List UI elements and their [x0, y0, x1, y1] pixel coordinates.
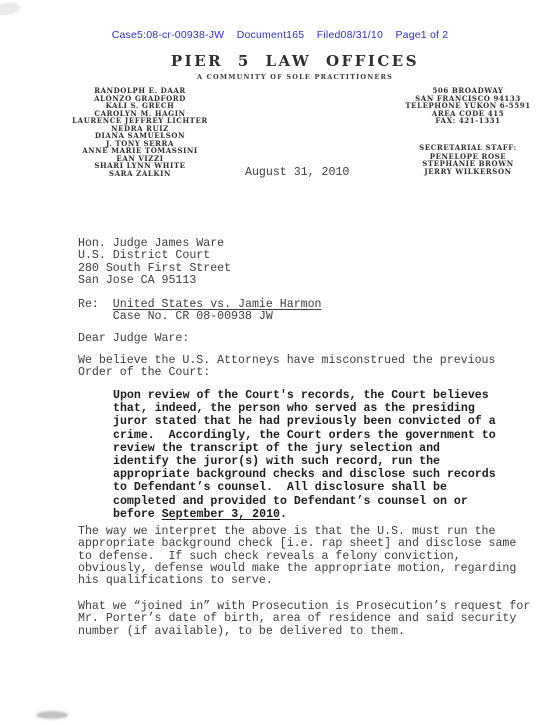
re-case-name: United States vs. Jamie Harmon	[113, 298, 322, 311]
paragraph-2: The way we interpret the above is that t…	[78, 526, 516, 587]
scan-smudge	[0, 1, 21, 16]
court-order-quote: Upon review of the Court's records, the …	[113, 389, 496, 521]
secretarial-staff: SECRETARIAL STAFF: PENELOPE ROSE STEPHAN…	[388, 144, 548, 175]
letter-page: Case5:08-cr-00938-JW Document165 Filed08…	[0, 0, 560, 725]
re-case-number: Case No. CR 08-00938 JW	[78, 310, 273, 323]
recipient-address: Hon. Judge James Ware U.S. District Cour…	[78, 238, 231, 287]
re-line: Re: United States vs. Jamie Harmon Case …	[78, 299, 322, 324]
paragraph-1: We believe the U.S. Attorneys have misco…	[78, 355, 495, 380]
staff-name: JERRY WILKERSON	[388, 168, 548, 176]
firm-tagline: A COMMUNITY OF SOLE PRACTITIONERS	[30, 73, 560, 81]
office-address: 506 BROADWAY SAN FRANCISCO 94133 TELEPHO…	[388, 87, 548, 125]
salutation: Dear Judge Ware:	[78, 333, 189, 345]
attorney-roster: RANDOLPH E. DAAR ALONZO GRADFORD KALI S.…	[40, 87, 240, 177]
office-line: FAX: 421-1331	[388, 117, 548, 125]
attorney-name: SARA ZALKIN	[40, 170, 240, 178]
re-label: Re:	[78, 298, 113, 311]
firm-name: PIER 5 LAW OFFICES	[30, 52, 560, 70]
efiling-stamp: Case5:08-cr-00938-JW Document165 Filed08…	[0, 29, 560, 41]
printer-union-stamp	[36, 711, 68, 719]
quote-deadline-date: September 3, 2010	[162, 508, 280, 521]
paragraph-3: What we “joined in” with Prosecution is …	[78, 601, 530, 638]
quote-text: Upon review of the Court's records, the …	[113, 389, 496, 521]
quote-period: .	[280, 508, 287, 521]
staff-heading: SECRETARIAL STAFF:	[388, 144, 548, 152]
letter-date: August 31, 2010	[245, 167, 349, 179]
